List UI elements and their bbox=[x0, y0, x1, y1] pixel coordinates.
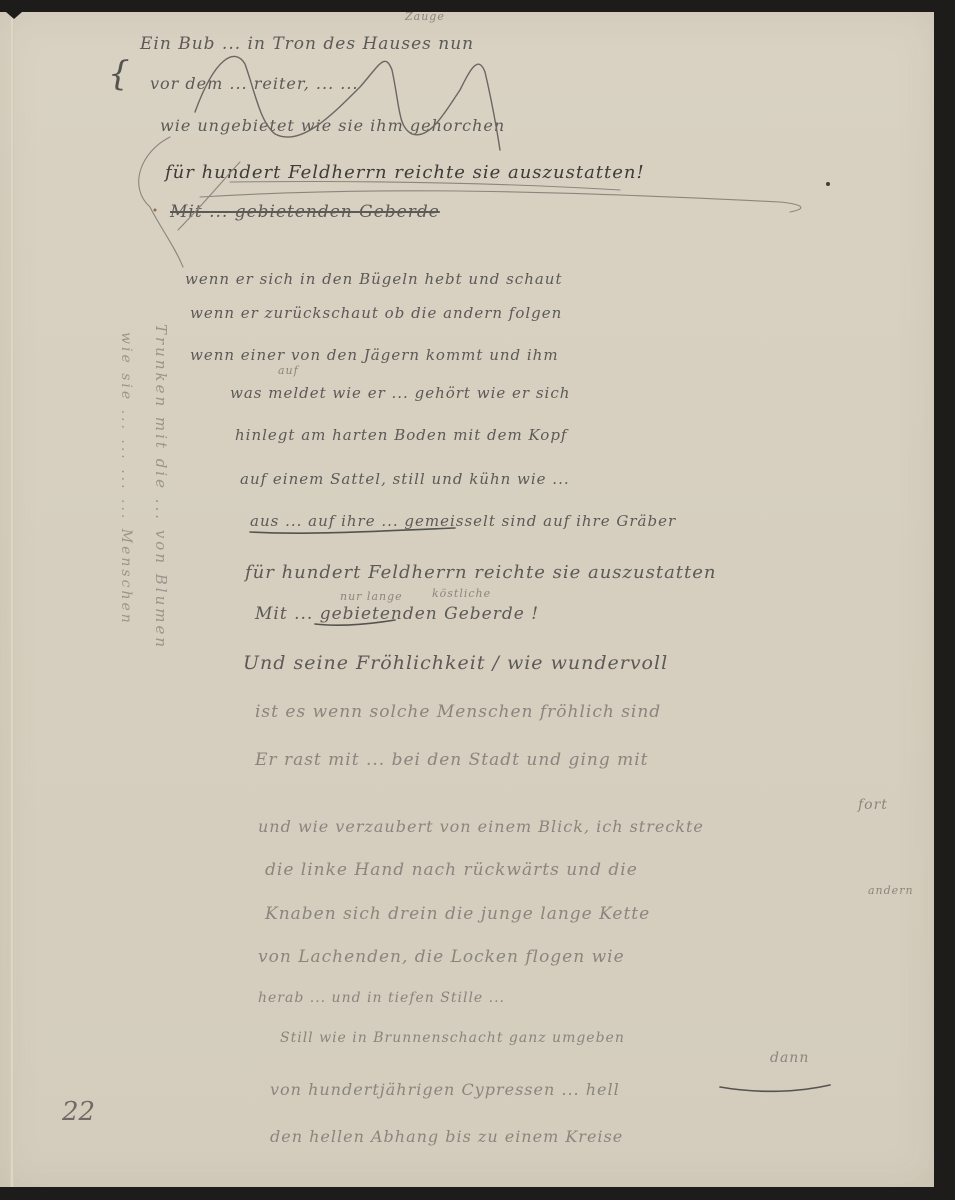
manuscript-page: Zauge { Ein Bub ... in Tron des Hauses n… bbox=[0, 12, 934, 1187]
main-line-2: wenn er zurückschaut ob die andern folge… bbox=[190, 304, 562, 322]
main-line-11: ist es wenn solche Menschen fröhlich sin… bbox=[255, 702, 661, 722]
main-line-15: Knaben sich drein die junge lange Kette bbox=[265, 904, 650, 924]
interlinear-2a: nur lange bbox=[340, 590, 403, 603]
top-line-2: vor dem ... reiter, ... ... bbox=[150, 74, 359, 93]
main-line-13: und wie verzaubert von einem Blick, ich … bbox=[258, 817, 704, 836]
interlinear-3: fort bbox=[858, 797, 888, 813]
top-line-1: Ein Bub ... in Tron des Hauses nun bbox=[140, 34, 474, 54]
top-line-5: Mit ... gebietenden Geberde bbox=[170, 202, 440, 222]
main-line-18: Still wie in Brunnenschacht ganz umgeben bbox=[280, 1030, 625, 1046]
top-line-4: für hundert Feldherrn reichte sie auszus… bbox=[165, 162, 645, 183]
main-line-12: Er rast mit ... bei den Stadt und ging m… bbox=[255, 750, 649, 770]
main-line-1: wenn er sich in den Bügeln hebt und scha… bbox=[185, 270, 563, 288]
main-line-9: Mit ... gebietenden Geberde ! bbox=[255, 604, 539, 624]
top-line-3: wie ungebietet wie sie ihm gehorchen bbox=[160, 116, 505, 135]
interlinear-4: andern bbox=[868, 884, 914, 897]
interlinear-2b: köstliche bbox=[432, 587, 491, 600]
main-line-7: aus ... auf ihre ... gemeisselt sind auf… bbox=[250, 512, 676, 530]
interlinear-1: auf bbox=[278, 364, 299, 377]
main-line-17: herab ... und in tiefen Stille ... bbox=[258, 990, 505, 1006]
margin-vertical-col-1: Trunken mit die ... von Blumen bbox=[152, 324, 170, 924]
page-gutter bbox=[10, 12, 14, 1187]
insertion-above: Zauge bbox=[405, 10, 445, 23]
interlinear-5: dann bbox=[770, 1050, 809, 1066]
page-number: 22 bbox=[62, 1097, 95, 1127]
main-line-14: die linke Hand nach rückwärts und die bbox=[265, 860, 638, 880]
main-line-5: hinlegt am harten Boden mit dem Kopf bbox=[235, 426, 567, 444]
main-line-19: von hundertjährigen Cypressen ... hell bbox=[270, 1080, 620, 1099]
margin-bracket: { bbox=[108, 54, 131, 94]
main-line-6: auf einem Sattel, still und kühn wie ... bbox=[240, 470, 570, 488]
main-line-20: den hellen Abhang bis zu einem Kreise bbox=[270, 1127, 623, 1146]
corner-notch bbox=[6, 12, 22, 19]
main-line-4: was meldet wie er ... gehört wie er sich bbox=[230, 384, 570, 402]
main-line-8: für hundert Feldherrn reichte sie auszus… bbox=[245, 562, 717, 583]
margin-vertical-col-2: wie sie ... ... ... ... Menschen bbox=[118, 332, 134, 972]
main-line-10: Und seine Fröhlichkeit / wie wundervoll bbox=[243, 652, 668, 674]
main-line-3: wenn einer von den Jägern kommt und ihm bbox=[190, 346, 559, 364]
main-line-16: von Lachenden, die Locken flogen wie bbox=[258, 947, 625, 967]
